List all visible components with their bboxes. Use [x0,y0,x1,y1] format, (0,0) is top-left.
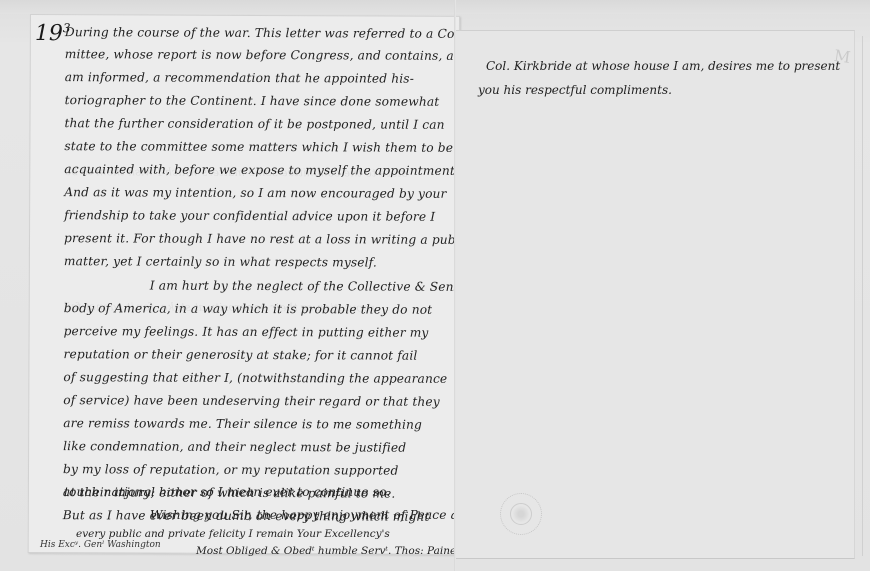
letter-line: And as it was my intention, so I am now … [64,185,446,201]
letter-addressee: His Excʸ. Genˡ Washington [40,540,161,550]
letter-line: friendship to take your confidential adv… [64,208,435,224]
letter-line: that the further consideration of it be … [64,116,444,132]
letter-line: present it. For though I have no rest at… [64,231,471,247]
letter-line: mittee, whose report is now before Congr… [65,47,469,63]
page-right-edge [862,36,863,556]
letter-line: are remiss towards me. Their silence is … [63,416,422,432]
letter-line: I am hurt by the neglect of the Collecti… [150,279,484,294]
letter-line: During the course of the war. This lette… [65,25,471,41]
library-seal-stamp [500,493,542,535]
letter-line: touch national honor so I mean ever to c… [64,485,390,499]
letter-page-right: Col. Kirkbride at whose house I am, desi… [456,30,855,559]
letter-line: perceive my feelings. It has an effect i… [64,324,429,340]
letter-line: Wishing you Sir, the happy enjoyment of … [150,508,474,522]
letter-line: acquainted with, before we expose to mys… [64,162,459,178]
letter-closing: every public and private felicity I rema… [76,528,390,540]
letter-line: matter, yet I certainly so in what respe… [64,254,377,269]
letter-line: state to the committee some matters whic… [64,139,453,155]
postscript-line: Col. Kirkbride at whose house I am, desi… [486,59,840,73]
archival-corner-mark: M [832,46,851,67]
letter-line: toriographer to the Continent. I have si… [65,93,440,109]
letter-page-left: 193 state to the committee some matters … [28,14,460,555]
letter-line: by my loss of reputation, or my reputati… [63,462,399,477]
document-scan: 193 state to the committee some matters … [0,0,870,571]
letter-line: reputation or their generosity at stake;… [63,347,417,363]
postscript-line: you his respectful compliments. [478,83,672,97]
scan-top-edge [0,0,870,14]
letter-line: like condemnation, and their neglect mus… [63,439,406,454]
letter-line: body of America, in a way which it is pr… [64,301,433,317]
letter-line: of suggesting that either I, (notwithsta… [63,370,447,386]
letter-line: am informed, a recommendation that he ap… [65,70,414,86]
letter-signature: Most Obliged & Obedᵗ humble Servᵗ. Thos:… [196,545,456,557]
letter-line: of service) have been undeserving their … [63,393,440,409]
